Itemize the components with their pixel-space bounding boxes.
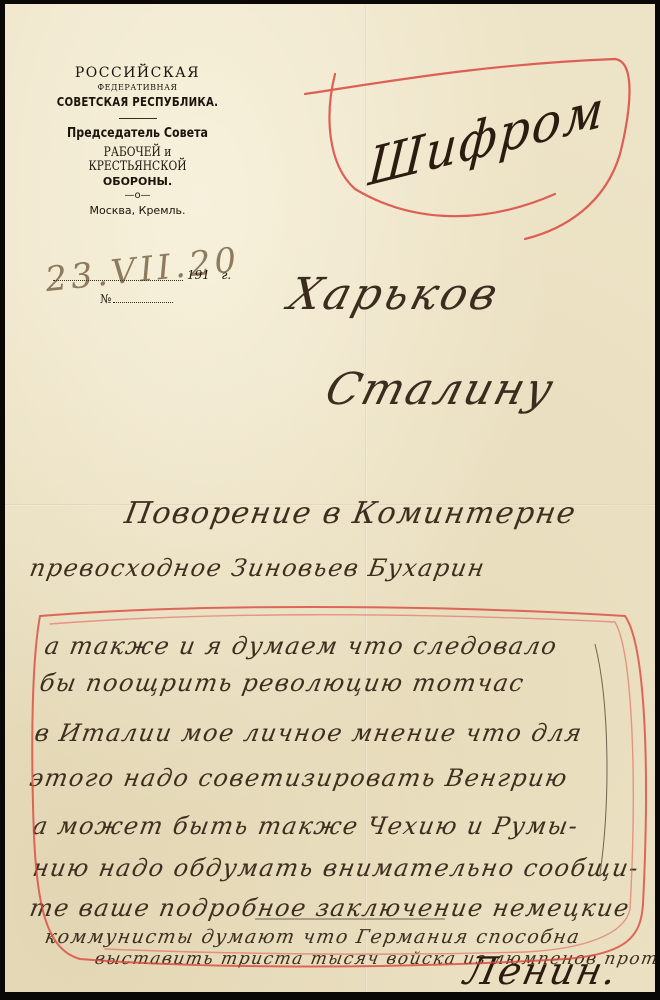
red-box-body	[32, 607, 646, 967]
ink-bracket	[595, 644, 607, 874]
red-box-body-inner	[50, 615, 633, 954]
letter-paper: РОССИЙСКАЯ ФЕДЕРАТИВНАЯ СОВЕТСКАЯ РЕСПУБ…	[5, 4, 655, 992]
red-pencil-markings	[5, 4, 655, 992]
red-circle-heading	[305, 59, 630, 239]
scan-border: РОССИЙСКАЯ ФЕДЕРАТИВНАЯ СОВЕТСКАЯ РЕСПУБ…	[0, 0, 660, 1000]
